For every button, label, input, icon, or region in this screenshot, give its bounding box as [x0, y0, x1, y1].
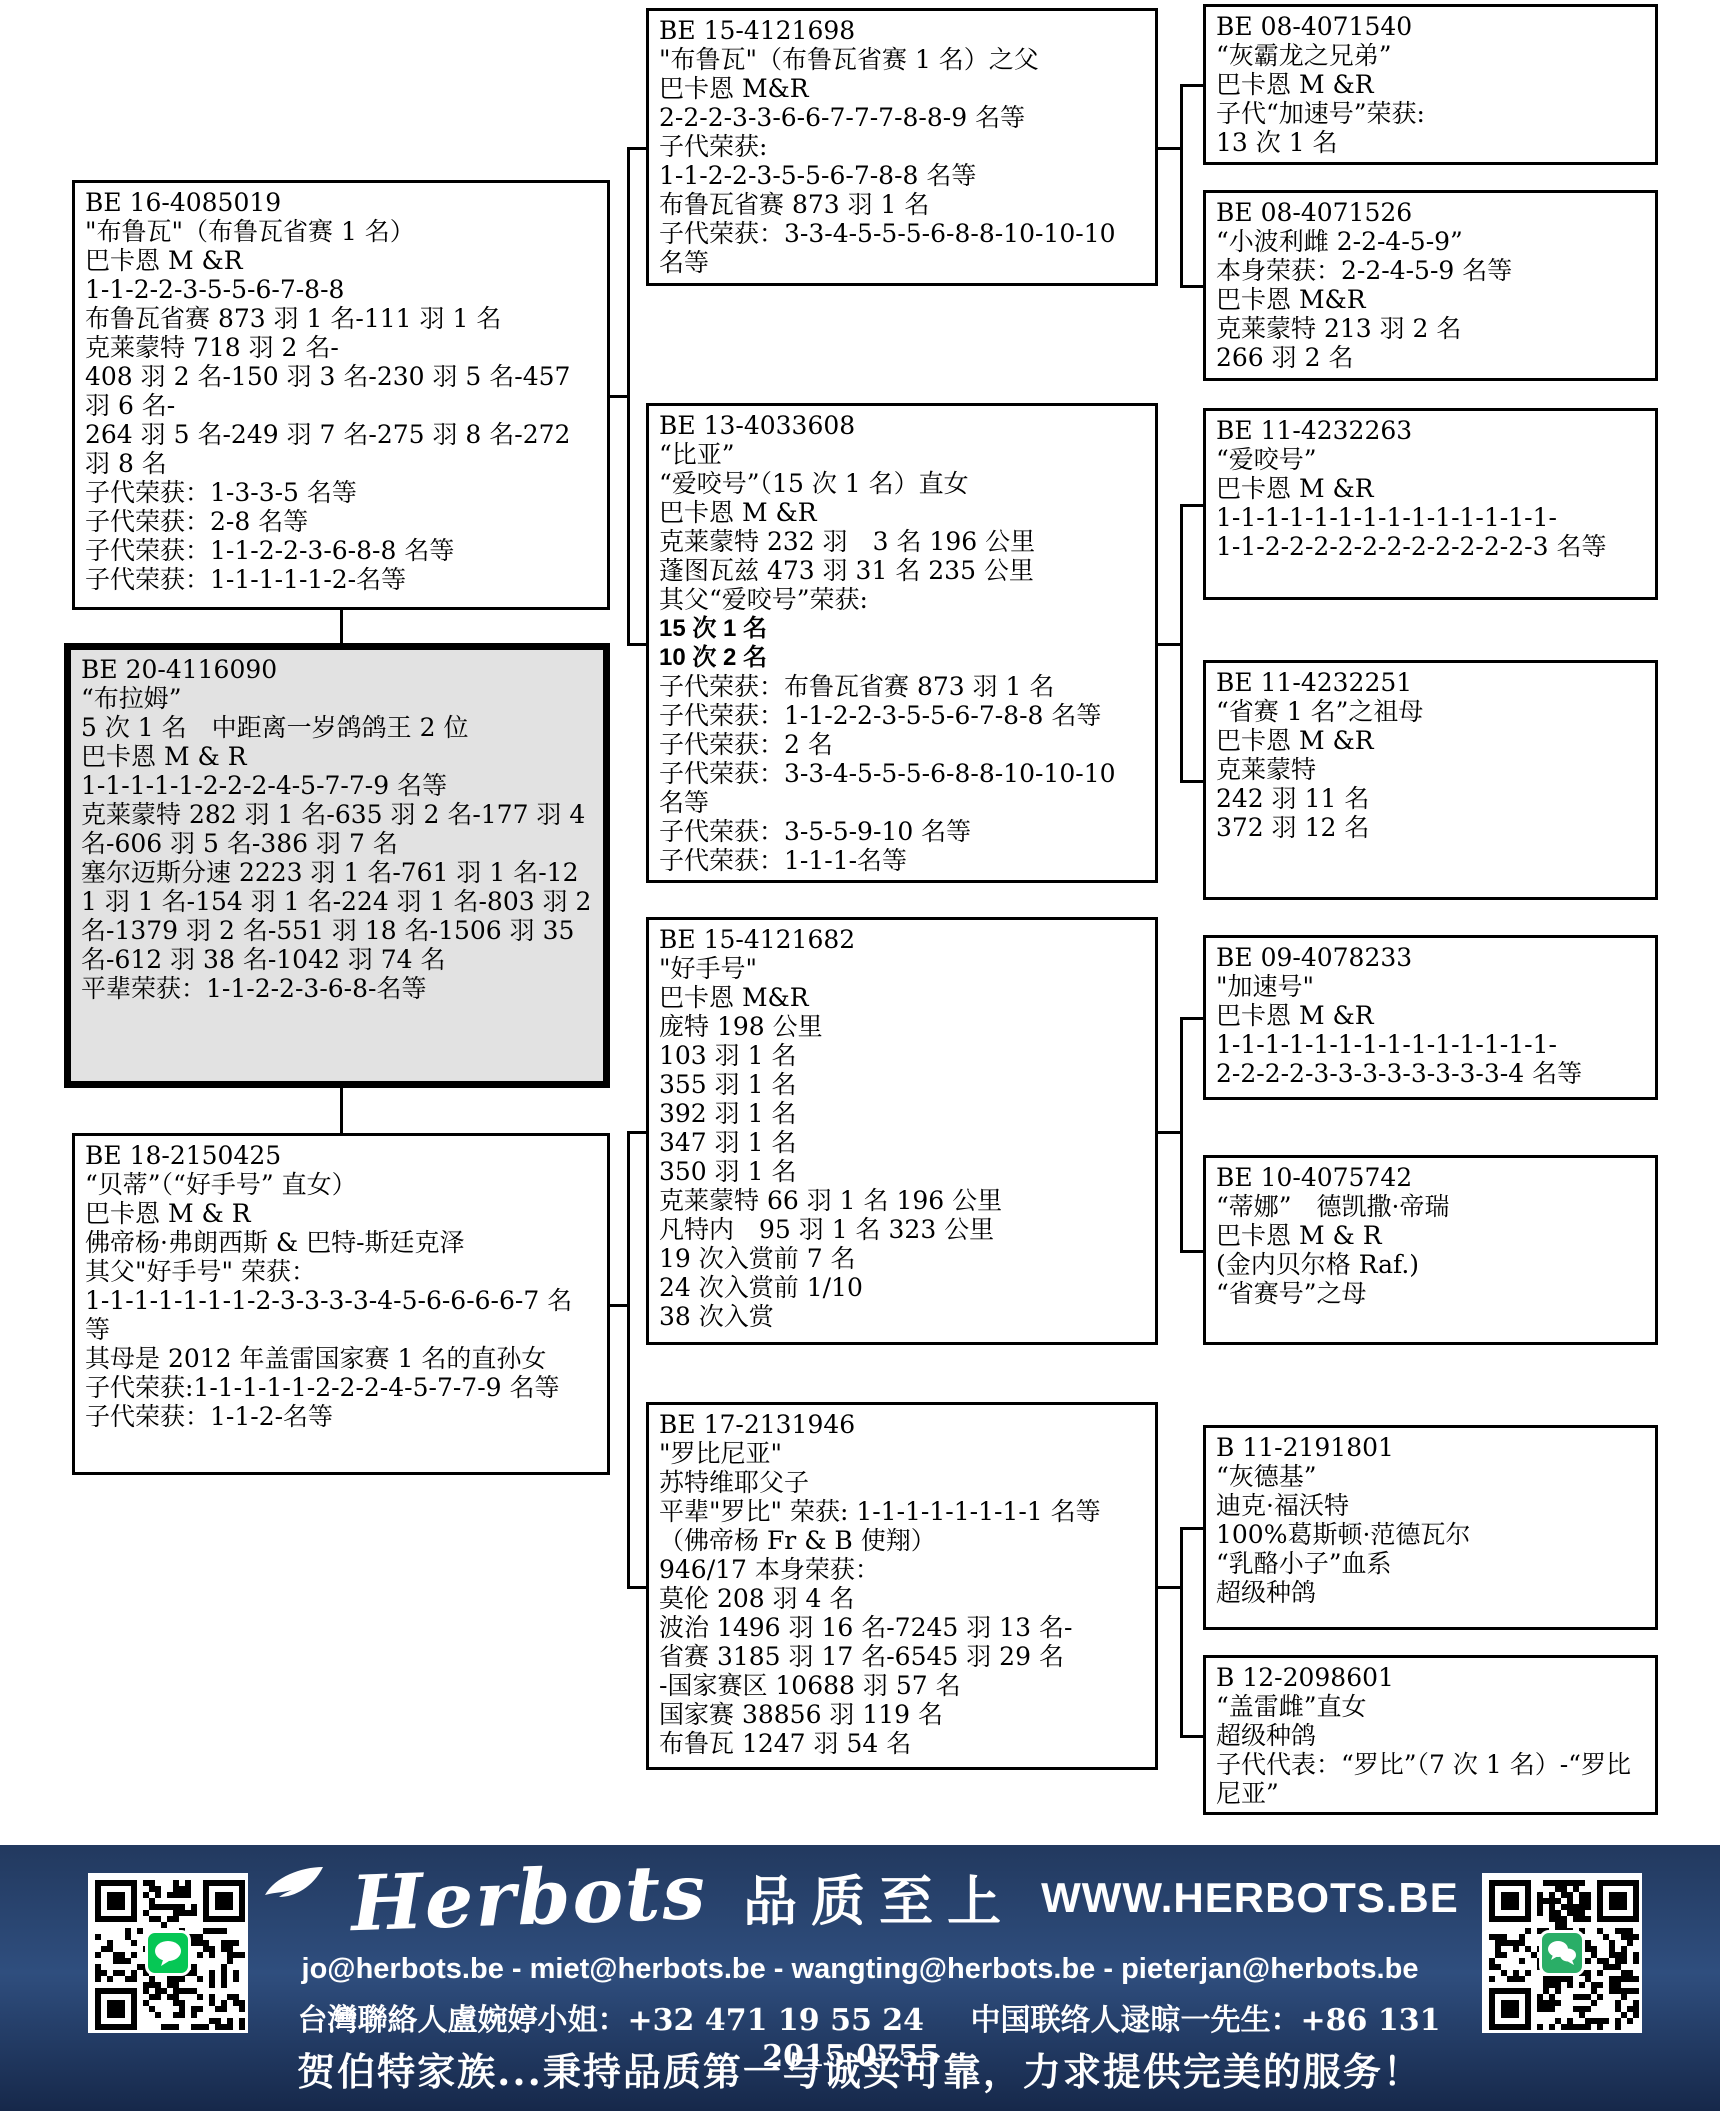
connector-line: [1180, 780, 1203, 783]
connector-line: [1180, 1017, 1183, 1253]
pedigree-text-line: 克莱蒙特 718 羽 2 名-: [85, 333, 597, 362]
pedigree-text-line: “灰德基”: [1216, 1462, 1645, 1491]
pedigree-text-line: 15 次 1 名: [659, 614, 1145, 643]
pedigree-text-line: 克莱蒙特: [1216, 755, 1645, 784]
pedigree-text-line: 蓬图瓦兹 473 羽 31 名 235 公里: [659, 556, 1145, 585]
connector-line: [627, 1131, 646, 1134]
pedigree-text-line: 266 羽 2 名: [1216, 343, 1645, 372]
pedigree-text-line: “比亚”: [659, 440, 1145, 469]
connector-line: [1180, 504, 1203, 507]
pedigree-text-line: 1-1-2-2-3-5-5-6-7-8-8 名等: [659, 161, 1145, 190]
connector-line: [627, 147, 630, 646]
wechat-icon: [1539, 1930, 1585, 1976]
pedigree-text-line: BE 09-4078233: [1216, 943, 1645, 972]
pedigree-box-sire-sire: BE 15-4121698"布鲁瓦"（布鲁瓦省赛 1 名）之父巴卡恩 M&R2-…: [646, 8, 1158, 286]
pedigree-text-line: “蒂娜” 德凯撒·帝瑞: [1216, 1192, 1645, 1221]
pedigree-text-line: 本身荣获：2-2-4-5-9 名等: [1216, 256, 1645, 285]
pedigree-text-line: 迪克·福沃特: [1216, 1491, 1645, 1520]
pedigree-box-dam-sire: BE 15-4121682"好手号"巴卡恩 M&R庞特 198 公里103 羽 …: [646, 917, 1158, 1345]
pedigree-text-line: 巴卡恩 M &R: [1216, 70, 1645, 99]
pedigree-text-line: “省赛 1 名”之祖母: [1216, 697, 1645, 726]
pedigree-text-line: BE 10-4075742: [1216, 1163, 1645, 1192]
pedigree-box-sire-dam: BE 13-4033608“比亚”“爱咬号”（15 次 1 名）直女巴卡恩 M …: [646, 403, 1158, 883]
pedigree-text-line: 克莱蒙特 213 羽 2 名: [1216, 314, 1645, 343]
pedigree-text-line: 克莱蒙特 232 羽 3 名 196 公里: [659, 527, 1145, 556]
pedigree-text-line: 巴卡恩 M & R: [1216, 1221, 1645, 1250]
pedigree-text-line: 子代荣获：1-1-2-2-3-5-5-6-7-8-8 名等: [659, 701, 1145, 730]
pedigree-text-line: BE 20-4116090: [81, 655, 593, 684]
connector-line: [1158, 147, 1180, 150]
herbots-logo: Herbots: [350, 1847, 709, 1948]
pedigree-text-line: 巴卡恩 M &R: [85, 246, 597, 275]
pedigree-text-line: 省赛 3185 羽 17 名-6545 羽 29 名: [659, 1642, 1145, 1671]
pedigree-text-line: 平辈"罗比" 荣获: 1-1-1-1-1-1-1-1 名等（佛帝杨 Fr & B…: [659, 1497, 1145, 1555]
connector-line: [340, 610, 343, 643]
pedigree-text-line: BE 18-2150425: [85, 1141, 597, 1170]
pedigree-text-line: 子代荣获：3-3-4-5-5-5-6-8-8-10-10-10 名等: [659, 219, 1145, 277]
connector-line: [1180, 84, 1203, 87]
pedigree-text-line: B 12-2098601: [1216, 1663, 1645, 1692]
pedigree-text-line: "好手号": [659, 954, 1145, 983]
pedigree-text-line: 克莱蒙特 282 羽 1 名-635 羽 2 名-177 羽 4 名-606 羽…: [81, 800, 593, 858]
feather-icon: [261, 1865, 325, 1913]
pedigree-text-line: 塞尔迈斯分速 2223 羽 1 名-761 羽 1 名-121 羽 1 名-15…: [81, 858, 593, 974]
pedigree-text-line: 1-1-1-1-1-1-1-1-1-1-1-1-1-1-: [1216, 1030, 1645, 1059]
pedigree-text-line: 38 次入赏: [659, 1302, 1145, 1331]
connector-line: [340, 1088, 343, 1133]
pedigree-text-line: 子代“加速号”荣获:: [1216, 99, 1645, 128]
pedigree-text-line: 其母是 2012 年盖雷国家赛 1 名的直孙女: [85, 1344, 597, 1373]
pedigree-text-line: “盖雷雌”直女: [1216, 1692, 1645, 1721]
pedigree-text-line: B 11-2191801: [1216, 1433, 1645, 1462]
pedigree-text-line: 264 羽 5 名-249 羽 7 名-275 羽 8 名-272 羽 8 名: [85, 420, 597, 478]
pedigree-box-ggp-8: B 12-2098601“盖雷雌”直女超级种鸽子代代表：“罗比”（7 次 1 名…: [1203, 1655, 1658, 1815]
pedigree-text-line: 巴卡恩 M & R: [81, 742, 593, 771]
pedigree-box-dam-dam: BE 17-2131946"罗比尼亚"苏特维耶父子平辈"罗比" 荣获: 1-1-…: [646, 1402, 1158, 1770]
connector-line: [1180, 1735, 1203, 1738]
slogan: 贺伯特家族...秉持品质第一与诚实可靠，力求提供完美的服务！: [220, 2041, 1500, 2096]
connector-line: [1158, 643, 1180, 646]
pedigree-text-line: 子代荣获：1-1-2-名等: [85, 1402, 597, 1431]
pedigree-text-line: 波治 1496 羽 16 名-7245 羽 13 名-: [659, 1613, 1145, 1642]
connector-line: [610, 1304, 627, 1307]
pedigree-text-line: 355 羽 1 名: [659, 1070, 1145, 1099]
pedigree-text-line: 1-1-1-1-1-1-1-1-1-1-1-1-1-1-: [1216, 503, 1645, 532]
pedigree-text-line: 10 次 2 名: [659, 643, 1145, 672]
footer-banner: Herbots 品质至上 WWW.HERBOTS.BE jo@herbots.b…: [0, 1845, 1720, 2111]
pedigree-text-line: BE 16-4085019: [85, 188, 597, 217]
connector-line: [1180, 504, 1183, 783]
pedigree-text-line: 子代荣获：3-3-4-5-5-5-6-8-8-10-10-10 名等: [659, 759, 1145, 817]
pedigree-text-line: 子代荣获：2 名: [659, 730, 1145, 759]
pedigree-text-line: 巴卡恩 M &R: [1216, 1001, 1645, 1030]
pedigree-text-line: 佛帝杨·弗朗西斯 & 巴特-斯廷克泽: [85, 1228, 597, 1257]
pedigree-text-line: 子代荣获：2-8 名等: [85, 507, 597, 536]
pedigree-text-line: 其父“爱咬号”荣获:: [659, 585, 1145, 614]
pedigree-text-line: 24 次入赏前 1/10: [659, 1273, 1145, 1302]
pedigree-text-line: 巴卡恩 M&R: [1216, 285, 1645, 314]
pedigree-text-line: 子代荣获：1-1-1-名等: [659, 846, 1145, 875]
contact-taiwan: 台灣聯絡人盧婉婷小姐：+32 471 19 55 24: [298, 2003, 925, 2038]
connector-line: [1180, 1527, 1183, 1738]
pedigree-document: BE 16-4085019"布鲁瓦"（布鲁瓦省赛 1 名）巴卡恩 M &R1-1…: [0, 0, 1720, 2111]
pedigree-text-line: 超级种鸽: [1216, 1578, 1645, 1607]
pedigree-text-line: 布鲁瓦省赛 873 羽 1 名-111 羽 1 名: [85, 304, 597, 333]
pedigree-box-sire: BE 16-4085019"布鲁瓦"（布鲁瓦省赛 1 名）巴卡恩 M &R1-1…: [72, 180, 610, 610]
pedigree-text-line: “爱咬号”: [1216, 445, 1645, 474]
pedigree-text-line: BE 11-4232251: [1216, 668, 1645, 697]
pedigree-text-line: "加速号": [1216, 972, 1645, 1001]
pedigree-text-line: BE 17-2131946: [659, 1410, 1145, 1439]
pedigree-box-ggp-3: BE 11-4232263“爱咬号”巴卡恩 M &R1-1-1-1-1-1-1-…: [1203, 408, 1658, 600]
pedigree-text-line: 凡特内 95 羽 1 名 323 公里: [659, 1215, 1145, 1244]
pedigree-text-line: 巴卡恩 M &R: [1216, 726, 1645, 755]
pedigree-text-line: BE 15-4121698: [659, 16, 1145, 45]
connector-line: [1180, 1527, 1203, 1530]
pedigree-text-line: 1-1-1-1-1-1-1-2-3-3-3-3-4-5-6-6-6-6-7 名等: [85, 1286, 597, 1344]
pedigree-text-line: "布鲁瓦"（布鲁瓦省赛 1 名）之父: [659, 45, 1145, 74]
pedigree-text-line: "布鲁瓦"（布鲁瓦省赛 1 名）: [85, 217, 597, 246]
qr-code-right: [1482, 1873, 1642, 2033]
pedigree-text-line: 1-1-1-1-1-2-2-2-4-5-7-7-9 名等: [81, 771, 593, 800]
pedigree-text-line: 巴卡恩 M & R: [85, 1199, 597, 1228]
pedigree-text-line: 巴卡恩 M &R: [659, 498, 1145, 527]
pedigree-text-line: 1-1-2-2-3-5-5-6-7-8-8: [85, 275, 597, 304]
pedigree-text-line: 子代荣获：1-3-3-5 名等: [85, 478, 597, 507]
pedigree-text-line: BE 13-4033608: [659, 411, 1145, 440]
pedigree-text-line: 13 次 1 名: [1216, 128, 1645, 157]
connector-line: [1180, 1017, 1203, 1020]
connector-line: [627, 147, 646, 150]
pedigree-text-line: 946/17 本身荣获：: [659, 1555, 1145, 1584]
pedigree-box-ggp-7: B 11-2191801“灰德基”迪克·福沃特100%葛斯顿·范德瓦尔“乳酪小子…: [1203, 1425, 1658, 1630]
connector-line: [1180, 285, 1203, 288]
pedigree-text-line: 巴卡恩 M&R: [659, 74, 1145, 103]
pedigree-box-ggp-2: BE 08-4071526“小波利雌 2-2-4-5-9”本身荣获：2-2-4-…: [1203, 190, 1658, 381]
pedigree-text-line: 子代代表：“罗比”（7 次 1 名）-“罗比尼亚”: [1216, 1750, 1645, 1808]
pedigree-text-line: 子代荣获：布鲁瓦省赛 873 羽 1 名: [659, 672, 1145, 701]
pedigree-text-line: 庞特 198 公里: [659, 1012, 1145, 1041]
pedigree-text-line: 子代荣获:1-1-1-1-1-2-2-2-4-5-7-7-9 名等: [85, 1373, 597, 1402]
pedigree-text-line: 苏特维耶父子: [659, 1468, 1145, 1497]
connector-line: [1180, 84, 1183, 288]
pedigree-text-line: “布拉姆”: [81, 684, 593, 713]
pedigree-text-line: BE 08-4071526: [1216, 198, 1645, 227]
connector-line: [627, 1586, 646, 1589]
pedigree-text-line: “乳酪小子”血系: [1216, 1549, 1645, 1578]
pedigree-text-line: 子代荣获:: [659, 132, 1145, 161]
pedigree-text-line: 平辈荣获：1-1-2-2-3-6-8-名等: [81, 974, 593, 1003]
pedigree-text-line: 408 羽 2 名-150 羽 3 名-230 羽 5 名-457 羽 6 名-: [85, 362, 597, 420]
pedigree-text-line: 国家赛 38856 羽 119 名: [659, 1700, 1145, 1729]
pedigree-text-line: 347 羽 1 名: [659, 1128, 1145, 1157]
pedigree-text-line: BE 08-4071540: [1216, 12, 1645, 41]
connector-line: [1180, 1250, 1203, 1253]
pedigree-text-line: “省赛号”之母: [1216, 1279, 1645, 1308]
pedigree-text-line: 布鲁瓦省赛 873 羽 1 名: [659, 190, 1145, 219]
pedigree-text-line: 布鲁瓦 1247 羽 54 名: [659, 1729, 1145, 1758]
pedigree-text-line: 2-2-2-2-3-3-3-3-3-3-3-3-4 名等: [1216, 1059, 1645, 1088]
pedigree-text-line: 103 羽 1 名: [659, 1041, 1145, 1070]
pedigree-text-line: 子代荣获：1-1-2-2-3-6-8-8 名等: [85, 536, 597, 565]
pedigree-text-line: 372 羽 12 名: [1216, 813, 1645, 842]
pedigree-text-line: 子代荣获：1-1-1-1-1-2-名等: [85, 565, 597, 594]
pedigree-text-line: “爱咬号”（15 次 1 名）直女: [659, 469, 1145, 498]
pedigree-text-line: -国家赛区 10688 羽 57 名: [659, 1671, 1145, 1700]
pedigree-text-line: 超级种鸽: [1216, 1721, 1645, 1750]
brand-tagline: 品质至上: [743, 1859, 1015, 1936]
line-icon: [145, 1930, 191, 1976]
pedigree-text-line: “灰霸龙之兄弟”: [1216, 41, 1645, 70]
pedigree-text-line: 子代荣获：3-5-5-9-10 名等: [659, 817, 1145, 846]
pedigree-text-line: 克莱蒙特 66 羽 1 名 196 公里: [659, 1186, 1145, 1215]
connector-line: [627, 1131, 630, 1589]
brand-row: Herbots 品质至上 WWW.HERBOTS.BE: [250, 1853, 1470, 1942]
connector-line: [627, 643, 646, 646]
pedigree-text-line: “贝蒂”（“好手号” 直女）: [85, 1170, 597, 1199]
pedigree-text-line: 莫伦 208 羽 4 名: [659, 1584, 1145, 1613]
pedigree-text-line: 其父"好手号" 荣获：: [85, 1257, 597, 1286]
pedigree-box-ggp-1: BE 08-4071540“灰霸龙之兄弟”巴卡恩 M &R子代“加速号”荣获:1…: [1203, 4, 1658, 165]
pedigree-text-line: (金内贝尔格 Raf.): [1216, 1250, 1645, 1279]
pedigree-box-ggp-5: BE 09-4078233"加速号"巴卡恩 M &R1-1-1-1-1-1-1-…: [1203, 935, 1658, 1100]
pedigree-text-line: 巴卡恩 M&R: [659, 983, 1145, 1012]
pedigree-box-ggp-4: BE 11-4232251“省赛 1 名”之祖母巴卡恩 M &R克莱蒙特242 …: [1203, 660, 1658, 900]
pedigree-text-line: 1-1-2-2-2-2-2-2-2-2-2-2-2-3 名等: [1216, 532, 1645, 561]
email-contacts: jo@herbots.be - miet@herbots.be - wangti…: [250, 1953, 1470, 1986]
pedigree-text-line: 19 次入赏前 7 名: [659, 1244, 1145, 1273]
qr-code-left: [88, 1873, 248, 2033]
connector-line: [1158, 1586, 1180, 1589]
website-url: WWW.HERBOTS.BE: [1041, 1874, 1459, 1922]
pedigree-text-line: 392 羽 1 名: [659, 1099, 1145, 1128]
pedigree-box-ggp-6: BE 10-4075742“蒂娜” 德凯撒·帝瑞巴卡恩 M & R(金内贝尔格 …: [1203, 1155, 1658, 1345]
pedigree-text-line: BE 15-4121682: [659, 925, 1145, 954]
pedigree-text-line: 350 羽 1 名: [659, 1157, 1145, 1186]
pedigree-text-line: "罗比尼亚": [659, 1439, 1145, 1468]
pedigree-text-line: 2-2-2-3-3-6-6-7-7-7-8-8-9 名等: [659, 103, 1145, 132]
pedigree-text-line: 巴卡恩 M &R: [1216, 474, 1645, 503]
pedigree-text-line: BE 11-4232263: [1216, 416, 1645, 445]
pedigree-text-line: 242 羽 11 名: [1216, 784, 1645, 813]
pedigree-text-line: 100%葛斯顿·范德瓦尔: [1216, 1520, 1645, 1549]
pedigree-text-line: “小波利雌 2-2-4-5-9”: [1216, 227, 1645, 256]
pedigree-text-line: 5 次 1 名 中距离一岁鸽鸽王 2 位: [81, 713, 593, 742]
connector-line: [1158, 1131, 1180, 1134]
pedigree-box-dam: BE 18-2150425“贝蒂”（“好手号” 直女）巴卡恩 M & R佛帝杨·…: [72, 1133, 610, 1475]
pedigree-box-subject: BE 20-4116090“布拉姆”5 次 1 名 中距离一岁鸽鸽王 2 位巴卡…: [64, 643, 610, 1088]
connector-line: [610, 395, 627, 398]
